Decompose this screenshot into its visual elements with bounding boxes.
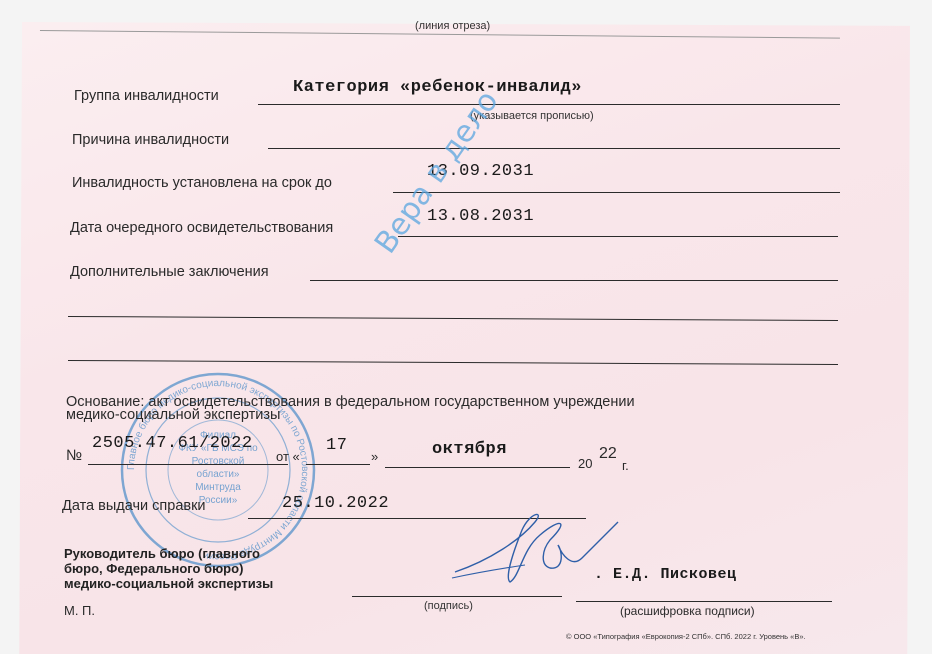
act-month-line (385, 467, 570, 468)
next-examination-label: Дата очередного освидетельствования (70, 220, 333, 236)
signatory-title-line-3: медико-социальной экспертизы (64, 576, 273, 591)
act-day-value: 17 (326, 436, 347, 455)
signatory-name: . Е.Д. Писковец (594, 566, 737, 583)
additional-conclusions-label: Дополнительные заключения (70, 264, 269, 280)
act-month-value: октября (432, 440, 507, 459)
act-year-unit: г. (622, 458, 629, 473)
act-date-quote-close: » (371, 449, 378, 464)
issue-date-value: 25.10.2022 (282, 494, 389, 513)
next-examination-value: 13.08.2031 (427, 207, 534, 226)
next-examination-line (398, 236, 838, 237)
disability-group-label: Группа инвалидности (74, 88, 219, 104)
signatory-title-line-2: бюро, Федерального бюро) (64, 561, 273, 576)
established-until-line (393, 192, 840, 193)
svg-text:области»: области» (197, 468, 240, 480)
additional-conclusions-line (310, 280, 838, 281)
cut-line-label: (линия отреза) (415, 20, 490, 32)
issue-date-label: Дата выдачи справки (62, 498, 206, 514)
name-line (576, 601, 832, 602)
established-until-label: Инвалидность установлена на срок до (72, 175, 332, 191)
signatory-title: Руководитель бюро (главного бюро, Федера… (64, 546, 273, 591)
act-year-suffix: 22 (599, 445, 617, 463)
act-date-from-label: от « (276, 449, 300, 464)
act-day-line (306, 464, 370, 465)
basis-line-2: медико-социальной экспертизы (66, 407, 280, 423)
signatory-title-line-1: Руководитель бюро (главного (64, 546, 273, 561)
disability-cause-line (268, 148, 840, 149)
act-number-line (88, 464, 288, 465)
disability-group-line (258, 104, 840, 105)
disability-group-value: Категория «ребенок-инвалид» (293, 78, 582, 97)
signature-line (352, 596, 562, 597)
svg-text:Минтруда: Минтруда (195, 482, 241, 493)
printer-note: © ООО «Типография «Еврокопия-2 СПб». СПб… (566, 632, 806, 641)
signature-hint: (подпись) (424, 600, 473, 612)
seal-placeholder-label: М. П. (64, 603, 95, 618)
act-year-prefix: 20 (578, 456, 592, 471)
act-number-value: 2505.47.61/2022 (92, 434, 253, 453)
disability-cause-label: Причина инвалидности (72, 132, 229, 148)
act-number-label: № (66, 447, 82, 464)
name-hint: (расшифровка подписи) (620, 604, 755, 618)
